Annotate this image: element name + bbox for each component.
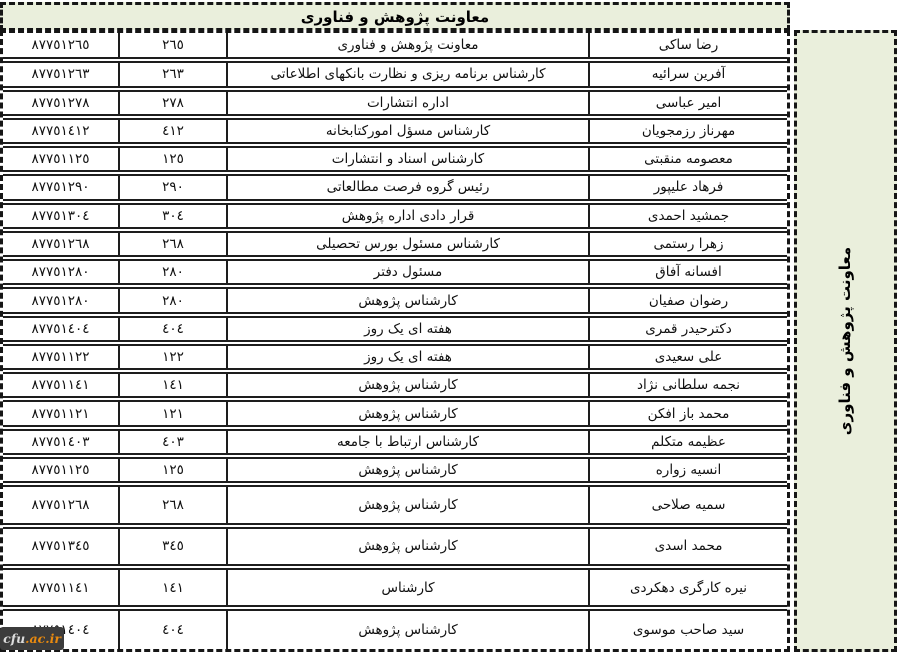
cell-name: رضوان صفیان — [588, 287, 787, 313]
cell-position: کارشناس ارتباط با جامعه — [226, 429, 590, 455]
cell-phone: ٨٧٧٥١٢٦٣ — [3, 61, 120, 87]
cell-position: معاونت پژوهش و فناوری — [226, 33, 590, 59]
cell-position: کارشناس پژوهش — [226, 485, 590, 524]
phone-directory-table: ٨٧٧٥١٢٦٥٢٦٥معاونت پژوهش و فناوریرضا ساکی… — [0, 30, 790, 652]
cell-position: قرار دادی اداره پژوهش — [226, 203, 590, 229]
cell-extension: ٤٠٣ — [118, 429, 228, 455]
cell-name: زهرا رستمی — [588, 231, 787, 257]
cell-phone: ٨٧٧٥١١٢٥ — [3, 146, 120, 172]
watermark-cfu-logo: cfu.ac.ir — [0, 627, 64, 650]
table-row: ٨٧٧٥١٤٠٣٤٠٣کارشناس ارتباط با جامعهعظیمه … — [3, 429, 787, 455]
cell-phone: ٨٧٧٥١٤٠٤ — [3, 316, 120, 342]
table-row: ٨٧٧٥١٢٧٨٢٧٨اداره انتشاراتامیر عباسی — [3, 90, 787, 116]
table-row: ٨٧٧٥١١٢٢١٢٢هفته ای یک روزعلی سعیدی — [3, 344, 787, 370]
cell-extension: ٢٨٠ — [118, 259, 228, 285]
cell-extension: ١٢٢ — [118, 344, 228, 370]
cell-name: محمد اسدی — [588, 527, 787, 566]
cell-phone: ٨٧٧٥١١٢١ — [3, 400, 120, 426]
cell-position: کارشناس برنامه ریزی و نظارت بانکهای اطلا… — [226, 61, 590, 87]
cell-extension: ١٤١ — [118, 372, 228, 398]
cell-phone: ٨٧٧٥١٢٧٨ — [3, 90, 120, 116]
cell-phone: ٨٧٧٥١٤٠٣ — [3, 429, 120, 455]
cell-extension: ١٤١ — [118, 568, 228, 607]
cell-extension: ٢٦٣ — [118, 61, 228, 87]
cell-name: نجمه سلطانی نژاد — [588, 372, 787, 398]
cell-position: کارشناس مسؤل امورکتابخانه — [226, 118, 590, 144]
cell-extension: ٣٤٥ — [118, 527, 228, 566]
table-row: ٨٧٧٥١٢٩٠٢٩٠رئیس گروه فرصت مطالعاتیفرهاد … — [3, 174, 787, 200]
cell-position: هفته ای یک روز — [226, 316, 590, 342]
cell-name: دکترحیدر قمری — [588, 316, 787, 342]
cell-phone: ٨٧٧٥١٢٩٠ — [3, 174, 120, 200]
cell-extension: ٢٦٥ — [118, 33, 228, 59]
cell-name: معصومه منقبتی — [588, 146, 787, 172]
cell-phone: ٨٧٧٥١١٤١ — [3, 568, 120, 607]
table-row: ٨٧٧٥١١٤١١٤١کارشناس پژوهشنجمه سلطانی نژاد — [3, 372, 787, 398]
cell-name: علی سعیدی — [588, 344, 787, 370]
cell-name: محمد باز افکن — [588, 400, 787, 426]
cell-extension: ٤٠٤ — [118, 316, 228, 342]
cell-position: رئیس گروه فرصت مطالعاتی — [226, 174, 590, 200]
cell-phone: ٨٧٧٥١٢٦٥ — [3, 33, 120, 59]
table-row: ٨٧٧٥١١٢٥١٢٥کارشناس اسناد و انتشاراتمعصوم… — [3, 146, 787, 172]
table-row: ٨٧٧٥١٢٨٠٢٨٠مسئول دفترافسانه آفاق — [3, 259, 787, 285]
table-row: ٨٧٧٥١٢٦٣٢٦٣کارشناس برنامه ریزی و نظارت ب… — [3, 61, 787, 87]
cell-name: رضا ساکی — [588, 33, 787, 59]
table-row: ٨٧٧٥١٢٦٥٢٦٥معاونت پژوهش و فناوریرضا ساکی — [3, 33, 787, 59]
table-body: ٨٧٧٥١٢٦٥٢٦٥معاونت پژوهش و فناوریرضا ساکی… — [3, 33, 787, 649]
cell-name: امیر عباسی — [588, 90, 787, 116]
cell-phone: ٨٧٧٥١٢٦٨ — [3, 485, 120, 524]
cell-extension: ٢٩٠ — [118, 174, 228, 200]
table-row: ٨٧٧٥١٢٦٨٢٦٨کارشناس پژوهشسمیه صلاحی — [3, 485, 787, 524]
cell-phone: ٨٧٧٥١١٢٢ — [3, 344, 120, 370]
cell-name: انسیه زواره — [588, 457, 787, 483]
cell-position: اداره انتشارات — [226, 90, 590, 116]
cell-phone: ٨٧٧٥١١٢٥ — [3, 457, 120, 483]
cell-position: هفته ای یک روز — [226, 344, 590, 370]
table-row: ٨٧٧٥١١٤١١٤١کارشناسنیره کارگری دهکردی — [3, 568, 787, 607]
cell-position: کارشناس مسئول بورس تحصیلی — [226, 231, 590, 257]
cell-name: سمیه صلاحی — [588, 485, 787, 524]
cell-extension: ٢٧٨ — [118, 90, 228, 116]
table-row: ٨٧٧٥١١٢٥١٢٥کارشناس پژوهشانسیه زواره — [3, 457, 787, 483]
cell-phone: ٨٧٧٥١٢٨٠ — [3, 287, 120, 313]
cell-position: کارشناس پژوهش — [226, 457, 590, 483]
cell-position: کارشناس پژوهش — [226, 372, 590, 398]
cell-extension: ٣٠٤ — [118, 203, 228, 229]
cell-name: آفرین سرائیه — [588, 61, 787, 87]
cell-position: کارشناس — [226, 568, 590, 607]
department-sidebar: معاونت پژوهش و فناوری — [794, 30, 897, 652]
cell-extension: ٢٦٨ — [118, 485, 228, 524]
department-title: معاونت پژوهش و فناوری — [301, 8, 489, 26]
table-row: ٨٧٧٥١٢٨٠٢٨٠کارشناس پژوهشرضوان صفیان — [3, 287, 787, 313]
cell-position: مسئول دفتر — [226, 259, 590, 285]
table-row: ٨٧٧٥١٤٠٤٤٠٤هفته ای یک روزدکترحیدر قمری — [3, 316, 787, 342]
sidebar-vertical-label: معاونت پژوهش و فناوری — [837, 247, 855, 435]
table-row: ٨٧٧٥١٤٠٤٤٠٤کارشناس پژوهشسید صاحب موسوی — [3, 609, 787, 648]
cell-phone: ٨٧٧٥١٢٨٠ — [3, 259, 120, 285]
table-row: ٨٧٧٥١٢٦٨٢٦٨کارشناس مسئول بورس تحصیلیزهرا… — [3, 231, 787, 257]
cell-name: سید صاحب موسوی — [588, 609, 787, 648]
cell-position: کارشناس اسناد و انتشارات — [226, 146, 590, 172]
cell-name: مهرناز رزمجویان — [588, 118, 787, 144]
cell-position: کارشناس پژوهش — [226, 400, 590, 426]
directory-page: معاونت پژوهش و فناوری ٨٧٧٥١٢٦٥٢٦٥معاونت … — [0, 0, 900, 657]
table-row: ٨٧٧٥١٤١٢٤١٢کارشناس مسؤل امورکتابخانهمهرن… — [3, 118, 787, 144]
cell-name: نیره کارگری دهکردی — [588, 568, 787, 607]
department-header: معاونت پژوهش و فناوری — [0, 2, 790, 31]
cell-name: افسانه آفاق — [588, 259, 787, 285]
cell-extension: ١٢٥ — [118, 457, 228, 483]
cell-extension: ٤١٢ — [118, 118, 228, 144]
cell-phone: ٨٧٧٥١٤١٢ — [3, 118, 120, 144]
cell-name: فرهاد علیپور — [588, 174, 787, 200]
cell-extension: ٢٨٠ — [118, 287, 228, 313]
cell-phone: ٨٧٧٥١٢٦٨ — [3, 231, 120, 257]
watermark-prefix: cfu — [3, 631, 25, 646]
cell-name: عظیمه متکلم — [588, 429, 787, 455]
cell-extension: ٤٠٤ — [118, 609, 228, 648]
cell-extension: ١٢٥ — [118, 146, 228, 172]
cell-position: کارشناس پژوهش — [226, 609, 590, 648]
cell-extension: ٢٦٨ — [118, 231, 228, 257]
cell-position: کارشناس پژوهش — [226, 527, 590, 566]
cell-position: کارشناس پژوهش — [226, 287, 590, 313]
table-row: ٨٧٧٥١٣٤٥٣٤٥کارشناس پژوهشمحمد اسدی — [3, 527, 787, 566]
cell-name: جمشید احمدی — [588, 203, 787, 229]
table-row: ٨٧٧٥١١٢١١٢١کارشناس پژوهشمحمد باز افکن — [3, 400, 787, 426]
table-row: ٨٧٧٥١٣٠٤٣٠٤قرار دادی اداره پژوهشجمشید اح… — [3, 203, 787, 229]
cell-extension: ١٢١ — [118, 400, 228, 426]
cell-phone: ٨٧٧٥١٣٤٥ — [3, 527, 120, 566]
cell-phone: ٨٧٧٥١٣٠٤ — [3, 203, 120, 229]
watermark-suffix: .ac.ir — [25, 631, 61, 646]
cell-phone: ٨٧٧٥١١٤١ — [3, 372, 120, 398]
